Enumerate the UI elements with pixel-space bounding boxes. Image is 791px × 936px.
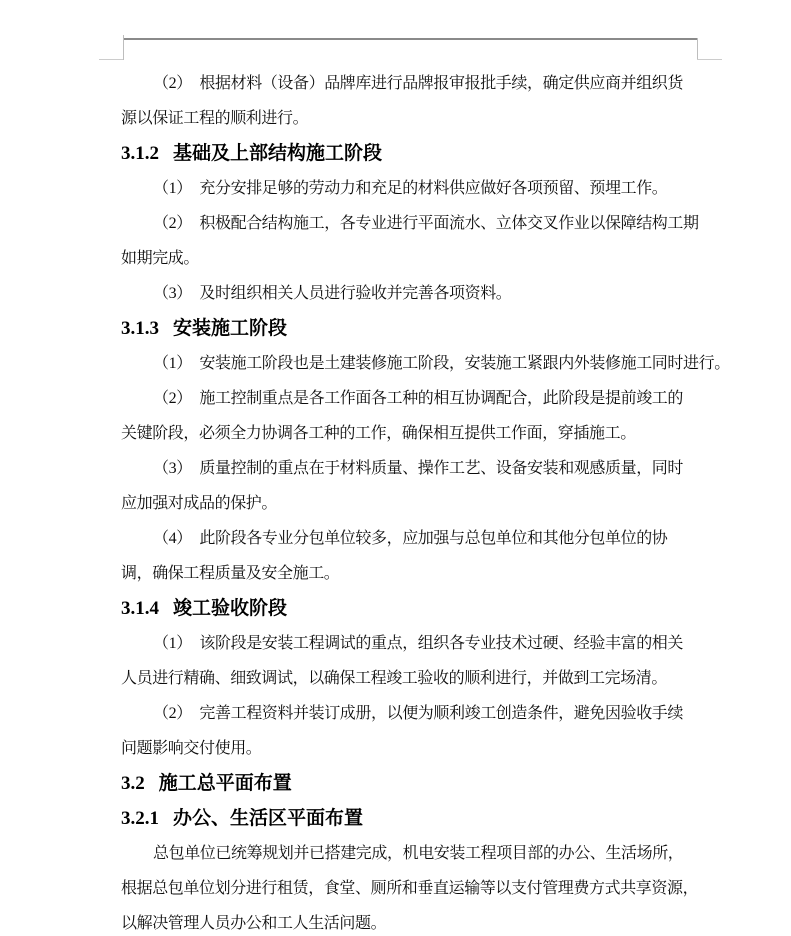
document-page: （2） 根据材料（设备）品牌库进行品牌报审报批手续，确定供应商并组织货源以保证工… xyxy=(0,0,791,936)
text-line: （2） 施工控制重点是各工作面各工种的相互协调配合，此阶段是提前竣工的 xyxy=(121,381,726,416)
text-line: 人员进行精确、细致调试，以确保工程竣工验收的顺利进行，并做到工完场清。 xyxy=(121,661,726,696)
text-line: 应加强对成品的保护。 xyxy=(121,486,726,521)
heading-number: 3.2.1 xyxy=(121,808,159,829)
text-line: （1） 该阶段是安装工程调试的重点，组织各专业技术过硬、经验丰富的相关 xyxy=(121,626,726,661)
text-line: 问题影响交付使用。 xyxy=(121,731,726,766)
heading-title: 办公、生活区平面布置 xyxy=(173,808,363,829)
right-margin-tick xyxy=(697,59,722,60)
text-line: 关键阶段，必须全力协调各工种的工作，确保相互提供工作面，穿插施工。 xyxy=(121,416,726,451)
heading-number: 3.1.4 xyxy=(121,598,159,619)
document-content: （2） 根据材料（设备）品牌库进行品牌报审报批手续，确定供应商并组织货源以保证工… xyxy=(121,66,726,936)
text-line: 根据总包单位划分进行租赁，食堂、厕所和垂直运输等以支付管理费方式共享资源， xyxy=(121,871,726,906)
heading-title: 竣工验收阶段 xyxy=(173,598,287,619)
text-line: （3） 质量控制的重点在于材料质量、操作工艺、设备安装和观感质量，同时 xyxy=(121,451,726,486)
text-line: 如期完成。 xyxy=(121,241,726,276)
heading-number: 3.1.3 xyxy=(121,318,159,339)
heading-title: 安装施工阶段 xyxy=(173,318,287,339)
section-heading-3.2.1: 3.2.1办公、生活区平面布置 xyxy=(121,801,726,836)
left-margin-tick xyxy=(99,59,123,60)
right-margin-corner-line xyxy=(697,38,698,60)
text-line: （2） 完善工程资料并装订成册，以便为顺利竣工创造条件，避免因验收手续 xyxy=(121,696,726,731)
heading-number: 3.1.2 xyxy=(121,143,159,164)
left-margin-corner-line xyxy=(123,35,124,60)
text-line: 以解决管理人员办公和工人生活问题。 xyxy=(121,906,726,936)
text-line: （4） 此阶段各专业分包单位较多，应加强与总包单位和其他分包单位的协 xyxy=(121,521,726,556)
section-heading-3.1.4: 3.1.4竣工验收阶段 xyxy=(121,591,726,626)
heading-title: 基础及上部结构施工阶段 xyxy=(173,143,382,164)
section-heading-3.1.3: 3.1.3安装施工阶段 xyxy=(121,311,726,346)
text-line: 源以保证工程的顺利进行。 xyxy=(121,101,726,136)
text-line: （1） 充分安排足够的劳动力和充足的材料供应做好各项预留、预埋工作。 xyxy=(121,171,726,206)
section-heading-3.1.2: 3.1.2基础及上部结构施工阶段 xyxy=(121,136,726,171)
text-line: 调，确保工程质量及安全施工。 xyxy=(121,556,726,591)
text-line: （3） 及时组织相关人员进行验收并完善各项资料。 xyxy=(121,276,726,311)
text-line: 总包单位已统筹规划并已搭建完成，机电安装工程项目部的办公、生活场所， xyxy=(121,836,726,871)
section-heading-3.2: 3.2施工总平面布置 xyxy=(121,766,726,801)
text-line: （2） 积极配合结构施工，各专业进行平面流水、立体交叉作业以保障结构工期 xyxy=(121,206,726,241)
text-line: （2） 根据材料（设备）品牌库进行品牌报审报批手续，确定供应商并组织货 xyxy=(121,66,726,101)
text-line: （1） 安装施工阶段也是土建装修施工阶段，安装施工紧跟内外装修施工同时进行。 xyxy=(121,346,726,381)
heading-title: 施工总平面布置 xyxy=(159,773,292,794)
heading-number: 3.2 xyxy=(121,773,145,794)
top-margin-rule xyxy=(123,38,698,40)
